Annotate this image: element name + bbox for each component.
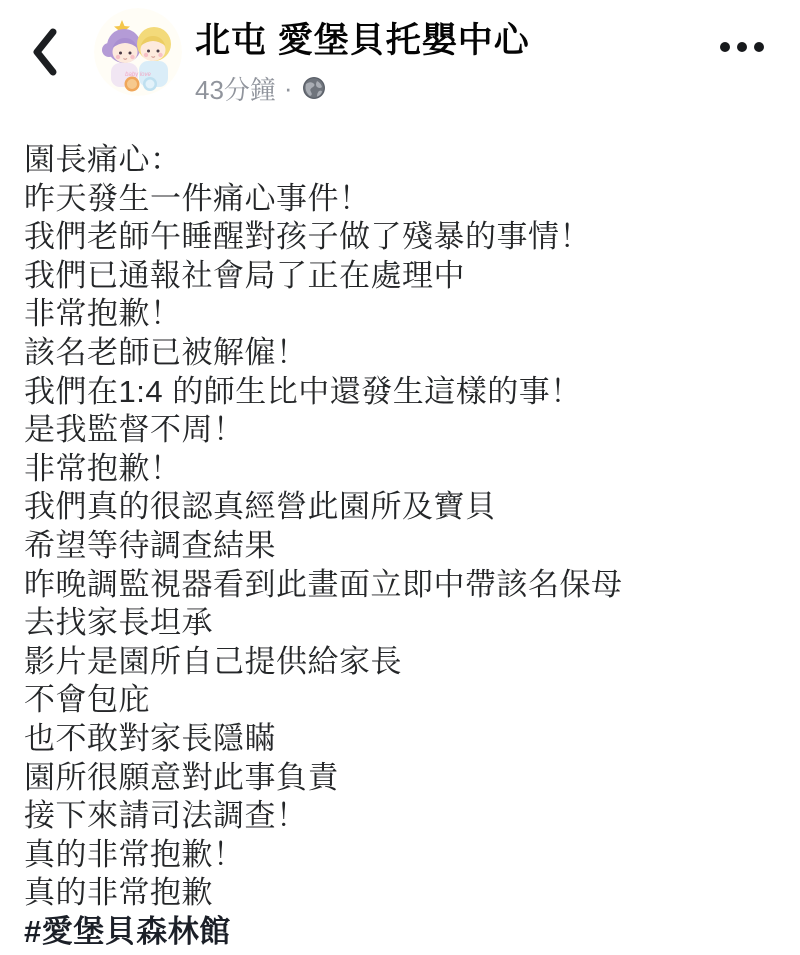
post-line: 真的非常抱歉: [24, 874, 776, 913]
hashtag-link[interactable]: #愛堡貝森林館: [24, 913, 231, 952]
post-body: 園長痛心：昨天發生一件痛心事件！我們老師午睡醒對孩子做了殘暴的事情！我們已通報社…: [24, 141, 776, 951]
avatar[interactable]: baby love: [94, 8, 182, 96]
post-line: 去找家長坦承: [24, 604, 776, 643]
post-line: 也不敢對家長隱瞞: [24, 720, 776, 759]
meta-separator: ·: [284, 73, 293, 104]
header-text-block: 北屯 愛堡貝托嬰中心 43分鐘 ·: [195, 8, 770, 107]
page-name[interactable]: 北屯 愛堡貝托嬰中心: [195, 22, 770, 61]
timestamp: 43分鐘: [195, 70, 276, 107]
chevron-left-icon: [30, 27, 60, 77]
more-options-button[interactable]: [714, 36, 770, 58]
back-button[interactable]: [30, 8, 70, 96]
post-line: 園長痛心：: [24, 141, 776, 180]
post-line: 非常抱歉！: [24, 295, 776, 334]
globe-privacy-icon: [301, 75, 327, 101]
post-line: 我們老師午睡醒對孩子做了殘暴的事情！: [24, 218, 776, 257]
post-line: 我們真的很認真經營此園所及寶貝: [24, 488, 776, 527]
post-line: 接下來請司法調查！: [24, 797, 776, 836]
post-line: 昨天發生一件痛心事件！: [24, 180, 776, 219]
ellipsis-dot: [720, 42, 730, 52]
post-line: 昨晚調監視器看到此畫面立即中帶該名保母: [24, 566, 776, 605]
post-line: 影片是園所自己提供給家長: [24, 643, 776, 682]
post-line: 不會包庇: [24, 681, 776, 720]
post-line: 我們已通報社會局了正在處理中: [24, 257, 776, 296]
post-meta: 43分鐘 ·: [195, 70, 770, 107]
post-text: 園長痛心：昨天發生一件痛心事件！我們老師午睡醒對孩子做了殘暴的事情！我們已通報社…: [24, 141, 776, 913]
post-header: baby love 北屯 愛堡貝托嬰中心 43分鐘 ·: [0, 0, 800, 104]
post-line: 該名老師已被解僱！: [24, 334, 776, 373]
post-line: 希望等待調查結果: [24, 527, 776, 566]
ellipsis-dot: [754, 42, 764, 52]
post-line: 真的非常抱歉！: [24, 836, 776, 875]
ellipsis-dot: [737, 42, 747, 52]
post-line: 非常抱歉！: [24, 450, 776, 489]
post-line: 園所很願意對此事負責: [24, 759, 776, 798]
post-line: 我們在1:4 的師生比中還發生這樣的事！: [24, 373, 776, 412]
page-avatar-illustration: baby love: [94, 8, 182, 96]
post-line: 是我監督不周！: [24, 411, 776, 450]
